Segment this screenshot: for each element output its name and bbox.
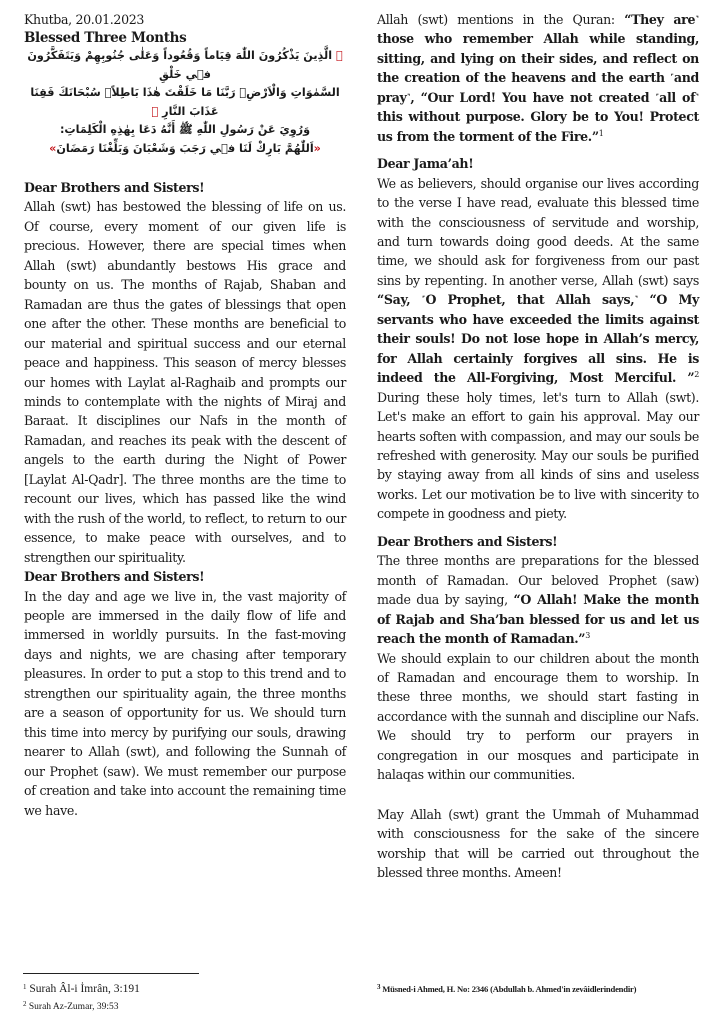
quran-intro-paragraph: Allah (swt) mentions in the Quran: “They… (377, 10, 699, 146)
footnote-1: 1 Surah Âl-i İmrân, 3:191 (23, 981, 323, 999)
section-body: Allah (swt) has bestowed the blessing of… (24, 197, 346, 567)
footnotes-left: 1 Surah Âl-i İmrân, 3:191 2 Surah Az-Zum… (23, 981, 323, 1016)
section-heading: Dear Brothers and Sisters! (24, 178, 346, 197)
arabic-narration: وَرُوِيَ عَنْ رَسُولِ اللّٰهِ ﷺ أَنَّهُ … (24, 121, 346, 140)
footnote-ref: 3 (585, 631, 590, 640)
arabic-verse-block: ﴿ الَّذِينَ يَذْكُرُونَ اللّٰهَ قِيَاماً… (24, 47, 346, 158)
arabic-verse-line-1: ﴿ الَّذِينَ يَذْكُرُونَ اللّٰهَ قِيَاماً… (24, 47, 346, 84)
footnote-divider (23, 973, 199, 974)
footnote-ref: 2 (694, 370, 699, 379)
section-heading: Dear Brothers and Sisters! (24, 567, 346, 586)
arabic-verse-line-2: السَّمٰوَاتِ وَالْاَرْضِۚ رَبَّنَا مَا خ… (24, 84, 346, 121)
verse-close-bracket: ﴾ (152, 105, 159, 118)
section-heading: Dear Brothers and Sisters! (377, 532, 699, 551)
footnote-2: 2 Surah Az-Zumar, 39:53 (23, 999, 323, 1017)
section-body: In the day and age we live in, the vast … (24, 587, 346, 820)
closing-prayer: May Allah (swt) grant the Ummah of Muham… (377, 805, 699, 883)
dua-open-quote: « (314, 142, 321, 155)
quran-quote: “They are˺ those who remember Allah whil… (377, 12, 699, 144)
footnote-ref: 1 (599, 129, 604, 138)
quran-quote: “Say, ˹O Prophet, that Allah says,˺ “O M… (377, 292, 699, 385)
verse-open-bracket: ﴿ (336, 49, 343, 62)
footnote-3: 3 Müsned-i Ahmed, H. No: 2346 (Abdullah … (377, 983, 707, 995)
section-body: We as believers, should organise our liv… (377, 174, 699, 524)
section-body: The three months are preparations for th… (377, 551, 699, 648)
section-body: We should explain to our children about … (377, 649, 699, 785)
page-title: Blessed Three Months (24, 29, 346, 47)
arabic-dua: «اَللّٰهُمَّ بَارِكْ لَنَا فٖي رَجَبَ وَ… (24, 140, 346, 159)
right-column: Allah (swt) mentions in the Quran: “They… (377, 10, 699, 882)
khutba-date: Khutba, 20.01.2023 (24, 10, 346, 29)
section-heading: Dear Jama’ah! (377, 154, 699, 173)
left-column: Khutba, 20.01.2023 Blessed Three Months … (24, 10, 346, 820)
